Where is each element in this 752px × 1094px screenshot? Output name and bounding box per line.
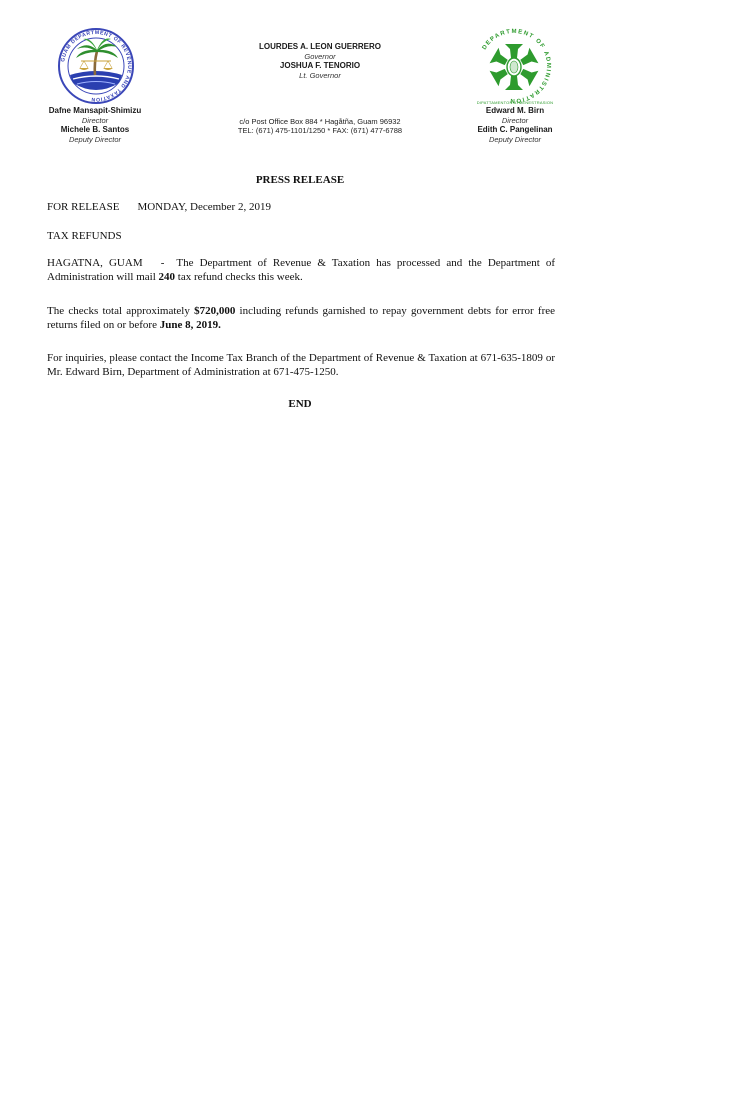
refund-amount: $720,000 [194, 305, 235, 317]
rev-tax-deputy-name: Michele B. Santos [40, 125, 150, 135]
subject-line: TAX REFUNDS [47, 229, 557, 243]
admin-deputy-title: Deputy Director [455, 135, 575, 144]
document-title: PRESS RELEASE [40, 173, 560, 187]
paragraph-amount: The checks total approximately $720,000 … [47, 304, 555, 332]
governor-letterhead: LOURDES A. LEON GUERRERO Governor JOSHUA… [200, 42, 440, 80]
rev-tax-director-title: Director [40, 116, 150, 125]
release-date: MONDAY, December 2, 2019 [137, 201, 271, 213]
admin-seal-icon: DEPARTMENT OF ADMINISTRATION [475, 27, 553, 105]
rev-tax-seal-icon: GUAM DEPARTMENT OF REVENUE AND TAXATION [57, 27, 135, 105]
checks-count: 240 [159, 271, 176, 283]
rev-tax-deputy-title: Deputy Director [40, 135, 150, 144]
phone-fax: TEL: (671) 475-1101/1250 * FAX: (671) 47… [200, 126, 440, 135]
dateline: HAGATNA, GUAM - [47, 257, 176, 269]
end-marker: END [40, 397, 560, 411]
governor-title: Governor [200, 52, 440, 61]
paragraph-text: The checks total approximately [47, 305, 194, 317]
admin-deputy-name: Edith C. Pangelinan [455, 125, 575, 135]
contact-address: c/o Post Office Box 884 * Hagåtña, Guam … [200, 117, 440, 135]
admin-seal-subtitle: DIPATTAMENTON ATMENESTRASION [455, 100, 575, 105]
release-line: FOR RELEASEMONDAY, December 2, 2019 [47, 200, 557, 214]
admin-director-title: Director [455, 116, 575, 125]
paragraph-inquiries: For inquiries, please contact the Income… [47, 351, 555, 379]
lt-governor-title: Lt. Governor [200, 71, 440, 80]
admin-director-name: Edward M. Birn [455, 106, 575, 116]
release-label: FOR RELEASE [47, 201, 119, 213]
press-release-page: GUAM DEPARTMENT OF REVENUE AND TAXATION [0, 0, 752, 1094]
lt-governor-name: JOSHUA F. TENORIO [200, 61, 440, 71]
rev-tax-director-name: Dafne Mansapit-Shimizu [40, 106, 150, 116]
mailing-address: c/o Post Office Box 884 * Hagåtña, Guam … [200, 117, 440, 126]
paragraph-announcement: HAGATNA, GUAM - The Department of Revenu… [47, 256, 555, 284]
governor-name: LOURDES A. LEON GUERRERO [200, 42, 440, 52]
filing-deadline: June 8, 2019. [160, 319, 221, 331]
paragraph-text: tax refund checks this week. [175, 271, 303, 283]
